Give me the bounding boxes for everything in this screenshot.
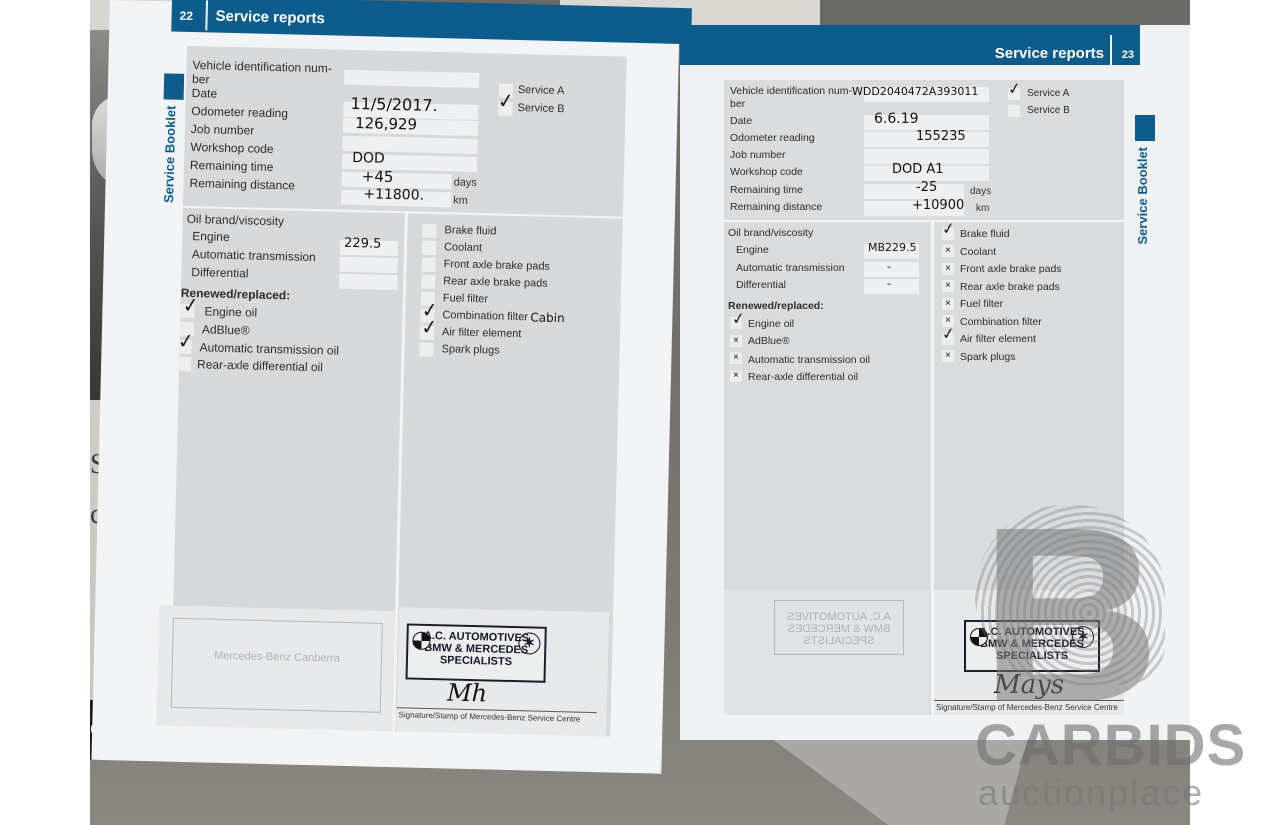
fuel-filter-cross-icon: × bbox=[945, 298, 951, 310]
air-filter-label: Air filter element bbox=[442, 326, 522, 340]
side-tab-label: Service Booklet bbox=[161, 105, 178, 203]
side-tab-label: Service Booklet bbox=[1135, 147, 1150, 245]
adblue-label: AdBlue® bbox=[748, 335, 790, 347]
differential-oil-label: Rear-axle differential oil bbox=[197, 357, 323, 374]
oil-differential-field[interactable] bbox=[339, 274, 397, 290]
odometer-value: 126,929 bbox=[355, 114, 417, 134]
oil-transmission-field[interactable] bbox=[864, 262, 919, 277]
faded-dealer-stamp: Mercedes-Benz Canberra bbox=[171, 618, 383, 713]
date-label: Date bbox=[192, 86, 218, 101]
oil-differential-label: Differential bbox=[191, 265, 248, 280]
oil-engine-label: Engine bbox=[736, 244, 769, 256]
combination-filter-label: Combination filter bbox=[960, 316, 1042, 328]
service-b-label: Service B bbox=[1027, 105, 1070, 116]
remaining-time-label: Remaining time bbox=[730, 184, 803, 196]
oil-differential-label: Differential bbox=[736, 279, 786, 291]
header-divider bbox=[1110, 35, 1112, 65]
vin-label-text: Vehicle identification num- ber bbox=[192, 58, 332, 86]
vin-value: WDD2040472A393011 bbox=[852, 85, 978, 98]
page-title: Service reports bbox=[995, 45, 1104, 62]
date-label: Date bbox=[730, 115, 752, 127]
front-brake-pads-label: Front axle brake pads bbox=[960, 263, 1062, 275]
service-form: Vehicle identification num- ber Date 11/… bbox=[170, 46, 626, 737]
air-filter-tick-icon: ✓ bbox=[941, 324, 957, 346]
front-brake-pads-cross-icon: × bbox=[945, 263, 951, 275]
side-tab-block bbox=[1135, 115, 1155, 141]
job-number-label: Job number bbox=[191, 122, 255, 138]
remaining-distance-value: +11800. bbox=[363, 186, 424, 203]
workshop-code-value: DOD bbox=[352, 150, 385, 167]
differential-oil-cross-icon: × bbox=[733, 370, 739, 382]
job-number-label: Job number bbox=[730, 149, 785, 161]
service-b-tick-icon: ✓ bbox=[497, 91, 516, 113]
service-b-checkbox[interactable] bbox=[1008, 105, 1020, 117]
watermark-tagline: auctionplace bbox=[978, 772, 1204, 814]
page-number: 23 bbox=[1122, 49, 1134, 61]
odometer-value: 155235 bbox=[916, 129, 966, 144]
engine-oil-label: Engine oil bbox=[748, 318, 794, 330]
fuel-filter-label: Fuel filter bbox=[443, 292, 489, 305]
brake-fluid-label: Brake fluid bbox=[960, 228, 1010, 240]
oil-heading: Oil brand/viscosity bbox=[728, 227, 813, 239]
faded-offset-stamp: A.C. AUTOMOTIVES BMW & MERCEDES SPECIALI… bbox=[774, 600, 904, 655]
remaining-distance-label: Remaining distance bbox=[189, 176, 295, 193]
side-tab: Service Booklet bbox=[161, 73, 184, 203]
signature-stamp-area: ✶ A.C. AUTOMOTIVES BMW & MERCEDES SPECIA… bbox=[396, 607, 609, 736]
remaining-distance-label: Remaining distance bbox=[730, 201, 822, 213]
engine-oil-label: Engine oil bbox=[204, 304, 257, 319]
page-number: 22 bbox=[179, 9, 193, 23]
header-divider bbox=[205, 0, 208, 30]
oil-heading: Oil brand/viscosity bbox=[187, 212, 285, 228]
brake-fluid-checkbox[interactable] bbox=[422, 224, 436, 238]
vin-field[interactable] bbox=[344, 70, 479, 88]
fuel-filter-label: Fuel filter bbox=[960, 298, 1003, 310]
rear-brake-pads-cross-icon: × bbox=[945, 280, 951, 292]
brake-fluid-label: Brake fluid bbox=[444, 224, 496, 237]
oil-transmission-field[interactable] bbox=[339, 257, 397, 273]
rear-brake-pads-label: Rear axle brake pads bbox=[960, 281, 1060, 293]
combination-filter-note: Cabin bbox=[530, 310, 565, 325]
vin-label: Vehicle identification num- ber bbox=[730, 85, 852, 111]
odometer-label: Odometer reading bbox=[730, 132, 815, 144]
coolant-label: Coolant bbox=[444, 241, 482, 254]
front-brake-pads-label: Front axle brake pads bbox=[443, 258, 550, 273]
brake-fluid-tick-icon: ✓ bbox=[941, 219, 957, 241]
spark-plugs-label: Spark plugs bbox=[441, 343, 499, 356]
watermark-logo-letter: B bbox=[980, 505, 1161, 725]
service-a-label: Service A bbox=[518, 84, 565, 97]
vin-label: Vehicle identification num- ber bbox=[192, 58, 332, 89]
page-header: Service reports 23 bbox=[680, 25, 1140, 65]
oil-engine-label: Engine bbox=[192, 229, 230, 244]
service-a-label: Service A bbox=[1027, 88, 1069, 99]
days-unit: days bbox=[970, 186, 991, 197]
remaining-distance-value: +10900 bbox=[912, 198, 964, 213]
side-tab-block bbox=[164, 73, 185, 99]
transmission-oil-label: Automatic transmission oil bbox=[199, 340, 339, 357]
remaining-time-value: +45 bbox=[362, 167, 394, 186]
km-unit: km bbox=[976, 203, 989, 214]
oil-engine-value: 229.5 bbox=[344, 236, 382, 252]
signature: Mh bbox=[447, 678, 488, 707]
page-header: 22 Service reports bbox=[171, 0, 692, 44]
spark-plugs-checkbox[interactable] bbox=[419, 343, 433, 357]
remaining-time-field[interactable] bbox=[864, 184, 964, 199]
transmission-oil-tick-icon: ✓ bbox=[177, 331, 196, 353]
previous-stamp-area: A.C. AUTOMOTIVES BMW & MERCEDES SPECIALI… bbox=[724, 590, 929, 715]
section-divider bbox=[724, 220, 1124, 222]
oil-differential-value: - bbox=[887, 277, 891, 290]
workshop-code-label: Workshop code bbox=[730, 166, 803, 178]
oil-transmission-label: Automatic transmission bbox=[736, 262, 845, 274]
coolant-cross-icon: × bbox=[945, 245, 951, 257]
service-a-tick-icon: ✓ bbox=[1007, 79, 1023, 101]
page-title: Service reports bbox=[215, 8, 325, 28]
combination-filter-label: Combination filter bbox=[442, 309, 528, 323]
remaining-time-label: Remaining time bbox=[190, 158, 274, 174]
differential-oil-checkbox[interactable] bbox=[177, 357, 191, 371]
adblue-cross-icon: × bbox=[733, 335, 739, 347]
previous-stamp-area: Mercedes-Benz Canberra bbox=[156, 605, 395, 731]
oil-transmission-value: - bbox=[887, 260, 891, 273]
oil-transmission-label: Automatic transmission bbox=[192, 247, 316, 264]
engine-oil-tick-icon: ✓ bbox=[731, 309, 747, 331]
rear-brake-pads-label: Rear axle brake pads bbox=[443, 275, 548, 290]
spark-plugs-cross-icon: × bbox=[945, 350, 951, 362]
date-value: 6.6.19 bbox=[874, 111, 919, 127]
rear-brake-pads-checkbox[interactable] bbox=[421, 275, 435, 289]
workshop-code-value: DOD A1 bbox=[892, 162, 944, 177]
dealer-stamp: ✶ A.C. AUTOMOTIVES BMW & MERCEDES SPECIA… bbox=[405, 623, 546, 682]
oil-differential-field[interactable] bbox=[864, 279, 919, 294]
differential-oil-label: Rear-axle differential oil bbox=[748, 371, 858, 383]
spark-plugs-label: Spark plugs bbox=[960, 351, 1015, 363]
days-unit: days bbox=[453, 176, 477, 189]
transmission-oil-cross-icon: × bbox=[733, 352, 739, 364]
watermark-brand: CARBIDS bbox=[975, 712, 1246, 779]
air-filter-label: Air filter element bbox=[960, 333, 1036, 345]
engine-oil-tick-icon: ✓ bbox=[181, 295, 200, 317]
signature-caption: Signature/Stamp of Mercedes-Benz Service… bbox=[399, 710, 581, 723]
transmission-oil-label: Automatic transmission oil bbox=[748, 354, 870, 366]
left-page: 22 Service reports Service Booklet Vehic… bbox=[91, 0, 679, 774]
km-unit: km bbox=[453, 194, 468, 206]
coolant-checkbox[interactable] bbox=[422, 241, 436, 255]
air-filter-tick-icon: ✓ bbox=[420, 317, 439, 339]
date-value: 11/5/2017. bbox=[350, 94, 438, 115]
remaining-time-value: -25 bbox=[916, 180, 937, 195]
adblue-label: AdBlue® bbox=[202, 322, 250, 337]
side-tab: Service Booklet bbox=[1135, 115, 1155, 245]
front-brake-pads-checkbox[interactable] bbox=[421, 258, 435, 272]
oil-engine-value: MB229.5 bbox=[868, 241, 917, 254]
service-b-label: Service B bbox=[517, 102, 564, 115]
workshop-code-label: Workshop code bbox=[190, 140, 273, 156]
coolant-label: Coolant bbox=[960, 246, 996, 258]
odometer-label: Odometer reading bbox=[191, 104, 288, 120]
